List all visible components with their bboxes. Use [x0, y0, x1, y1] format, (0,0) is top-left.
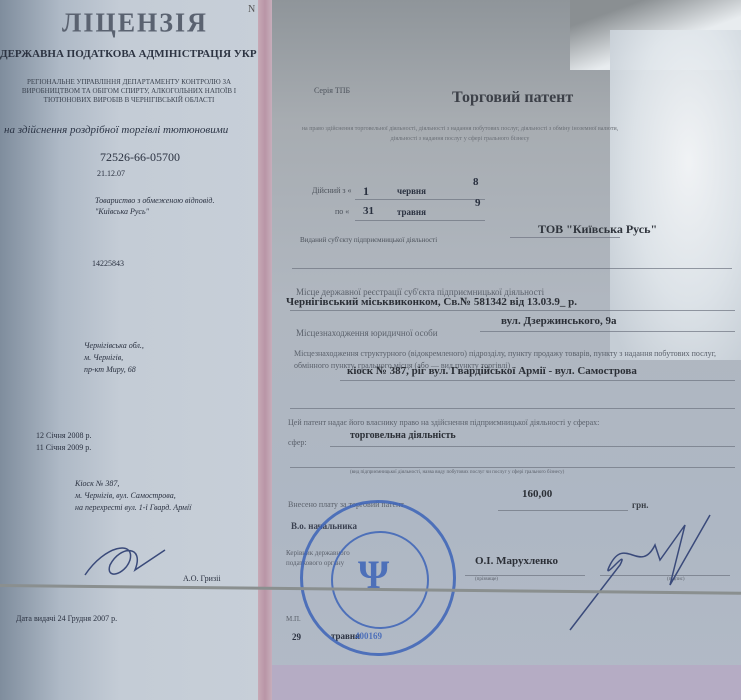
issue-day: 29	[292, 632, 301, 642]
patent-bottom-border	[272, 665, 741, 700]
chief-signature	[560, 505, 740, 635]
license-address: Чернігівська обл., м. Чернігів, пр-кт Ми…	[84, 340, 144, 376]
legal-location-label: Місцезнаходження юридичної особи	[296, 328, 438, 338]
kiosk-line: на перехресті вул. 1-ї Гвард. Армії	[75, 502, 191, 514]
license-org-name: Товариство з обмеженою відповід. "Київсь…	[95, 195, 245, 217]
license-number-sign: N	[248, 4, 255, 15]
license-agency: ДЕРЖАВНА ПОДАТКОВА АДМІНІСТРАЦІЯ УКР	[0, 48, 257, 60]
rights-label: Цей патент надає його власнику право на …	[288, 418, 599, 427]
valid-from-day: 1	[363, 184, 369, 199]
patent-fee-amount: 160,00	[522, 488, 552, 500]
seal-label: М.П.	[286, 615, 301, 623]
issue-date-value: 24 Грудня 2007 р.	[58, 614, 118, 623]
license-org-code: 14225843	[92, 259, 124, 268]
license-pink-border	[258, 0, 272, 700]
issue-date-label: Дата видачі	[16, 614, 56, 623]
license-signature	[75, 535, 175, 585]
valid-to-year: 9	[475, 197, 481, 209]
license-title: ЛІЦЕНЗІЯ	[62, 7, 208, 39]
valid-from-month: червня	[397, 186, 426, 196]
valid-from-year: 8	[473, 176, 479, 188]
sphere-note: (вид підприємницької діяльності, назва в…	[350, 470, 564, 475]
kiosk-line: Кіоск № 387,	[75, 478, 191, 490]
sphere-label: сфер:	[288, 438, 307, 447]
license-activity: на здійснення роздрібної торгівлі тютюно…	[4, 124, 228, 136]
name-caption: (прізвище)	[475, 577, 498, 582]
issued-to-label: Виданий суб'єкту підприємницької діяльно…	[300, 236, 437, 244]
license-kiosk-address: Кіоск № 387, м. Чернігів, вул. Самостров…	[75, 478, 191, 514]
kiosk-line: м. Чернігів, вул. Самострова,	[75, 490, 191, 502]
address-line: пр-кт Миру, 68	[84, 364, 144, 376]
license-number: 72526-66-05700	[100, 150, 180, 165]
patent-series: Серія ТПБ	[314, 86, 350, 95]
license-decision-date: 21.12.07	[97, 169, 125, 178]
license-valid-to: 11 Січня 2009 р.	[36, 443, 91, 452]
stamp-code: 400169	[355, 631, 382, 641]
license-valid-from: 12 Січня 2008 р.	[36, 431, 92, 440]
official-stamp: Ψ 400169	[300, 500, 456, 656]
chief-name: О.І. Марухленко	[475, 555, 558, 567]
address-line: м. Чернігів,	[84, 352, 144, 364]
sphere-value: торговельна діяльність	[350, 430, 456, 441]
valid-to-label: по «	[335, 207, 349, 216]
photo-of-posted-documents: ЛІЦЕНЗІЯ N ДЕРЖАВНА ПОДАТКОВА АДМІНІСТРА…	[0, 0, 741, 700]
license-signer: А.О. Гризіі	[183, 574, 221, 583]
patent-description: на право здійснення торговельної діяльно…	[300, 124, 620, 144]
legal-location-value: вул. Дзержинського, 9а	[501, 315, 617, 327]
valid-to-day: 31	[363, 205, 374, 217]
company-name: ТОВ "Київська Русь"	[538, 222, 657, 237]
unit-location-value: кіоск № 387, ріг вул. Гвардійської Армії…	[347, 365, 637, 377]
address-line: Чернігівська обл.,	[84, 340, 144, 352]
license-department: РЕГІОНАЛЬНЕ УПРАВЛІННЯ ДЕПАРТАМЕНТУ КОНТ…	[4, 78, 254, 105]
valid-from-label: Дійсний з «	[312, 186, 352, 195]
patent-title: Торговий патент	[452, 89, 573, 107]
registration-value: Чернігівський міськвиконком, Св.№ 581342…	[286, 296, 577, 308]
license-document: ЛІЦЕНЗІЯ N ДЕРЖАВНА ПОДАТКОВА АДМІНІСТРА…	[0, 0, 262, 700]
license-issue-date: Дата видачі 24 Грудня 2007 р.	[16, 614, 117, 623]
valid-to-month: травня	[397, 207, 426, 217]
